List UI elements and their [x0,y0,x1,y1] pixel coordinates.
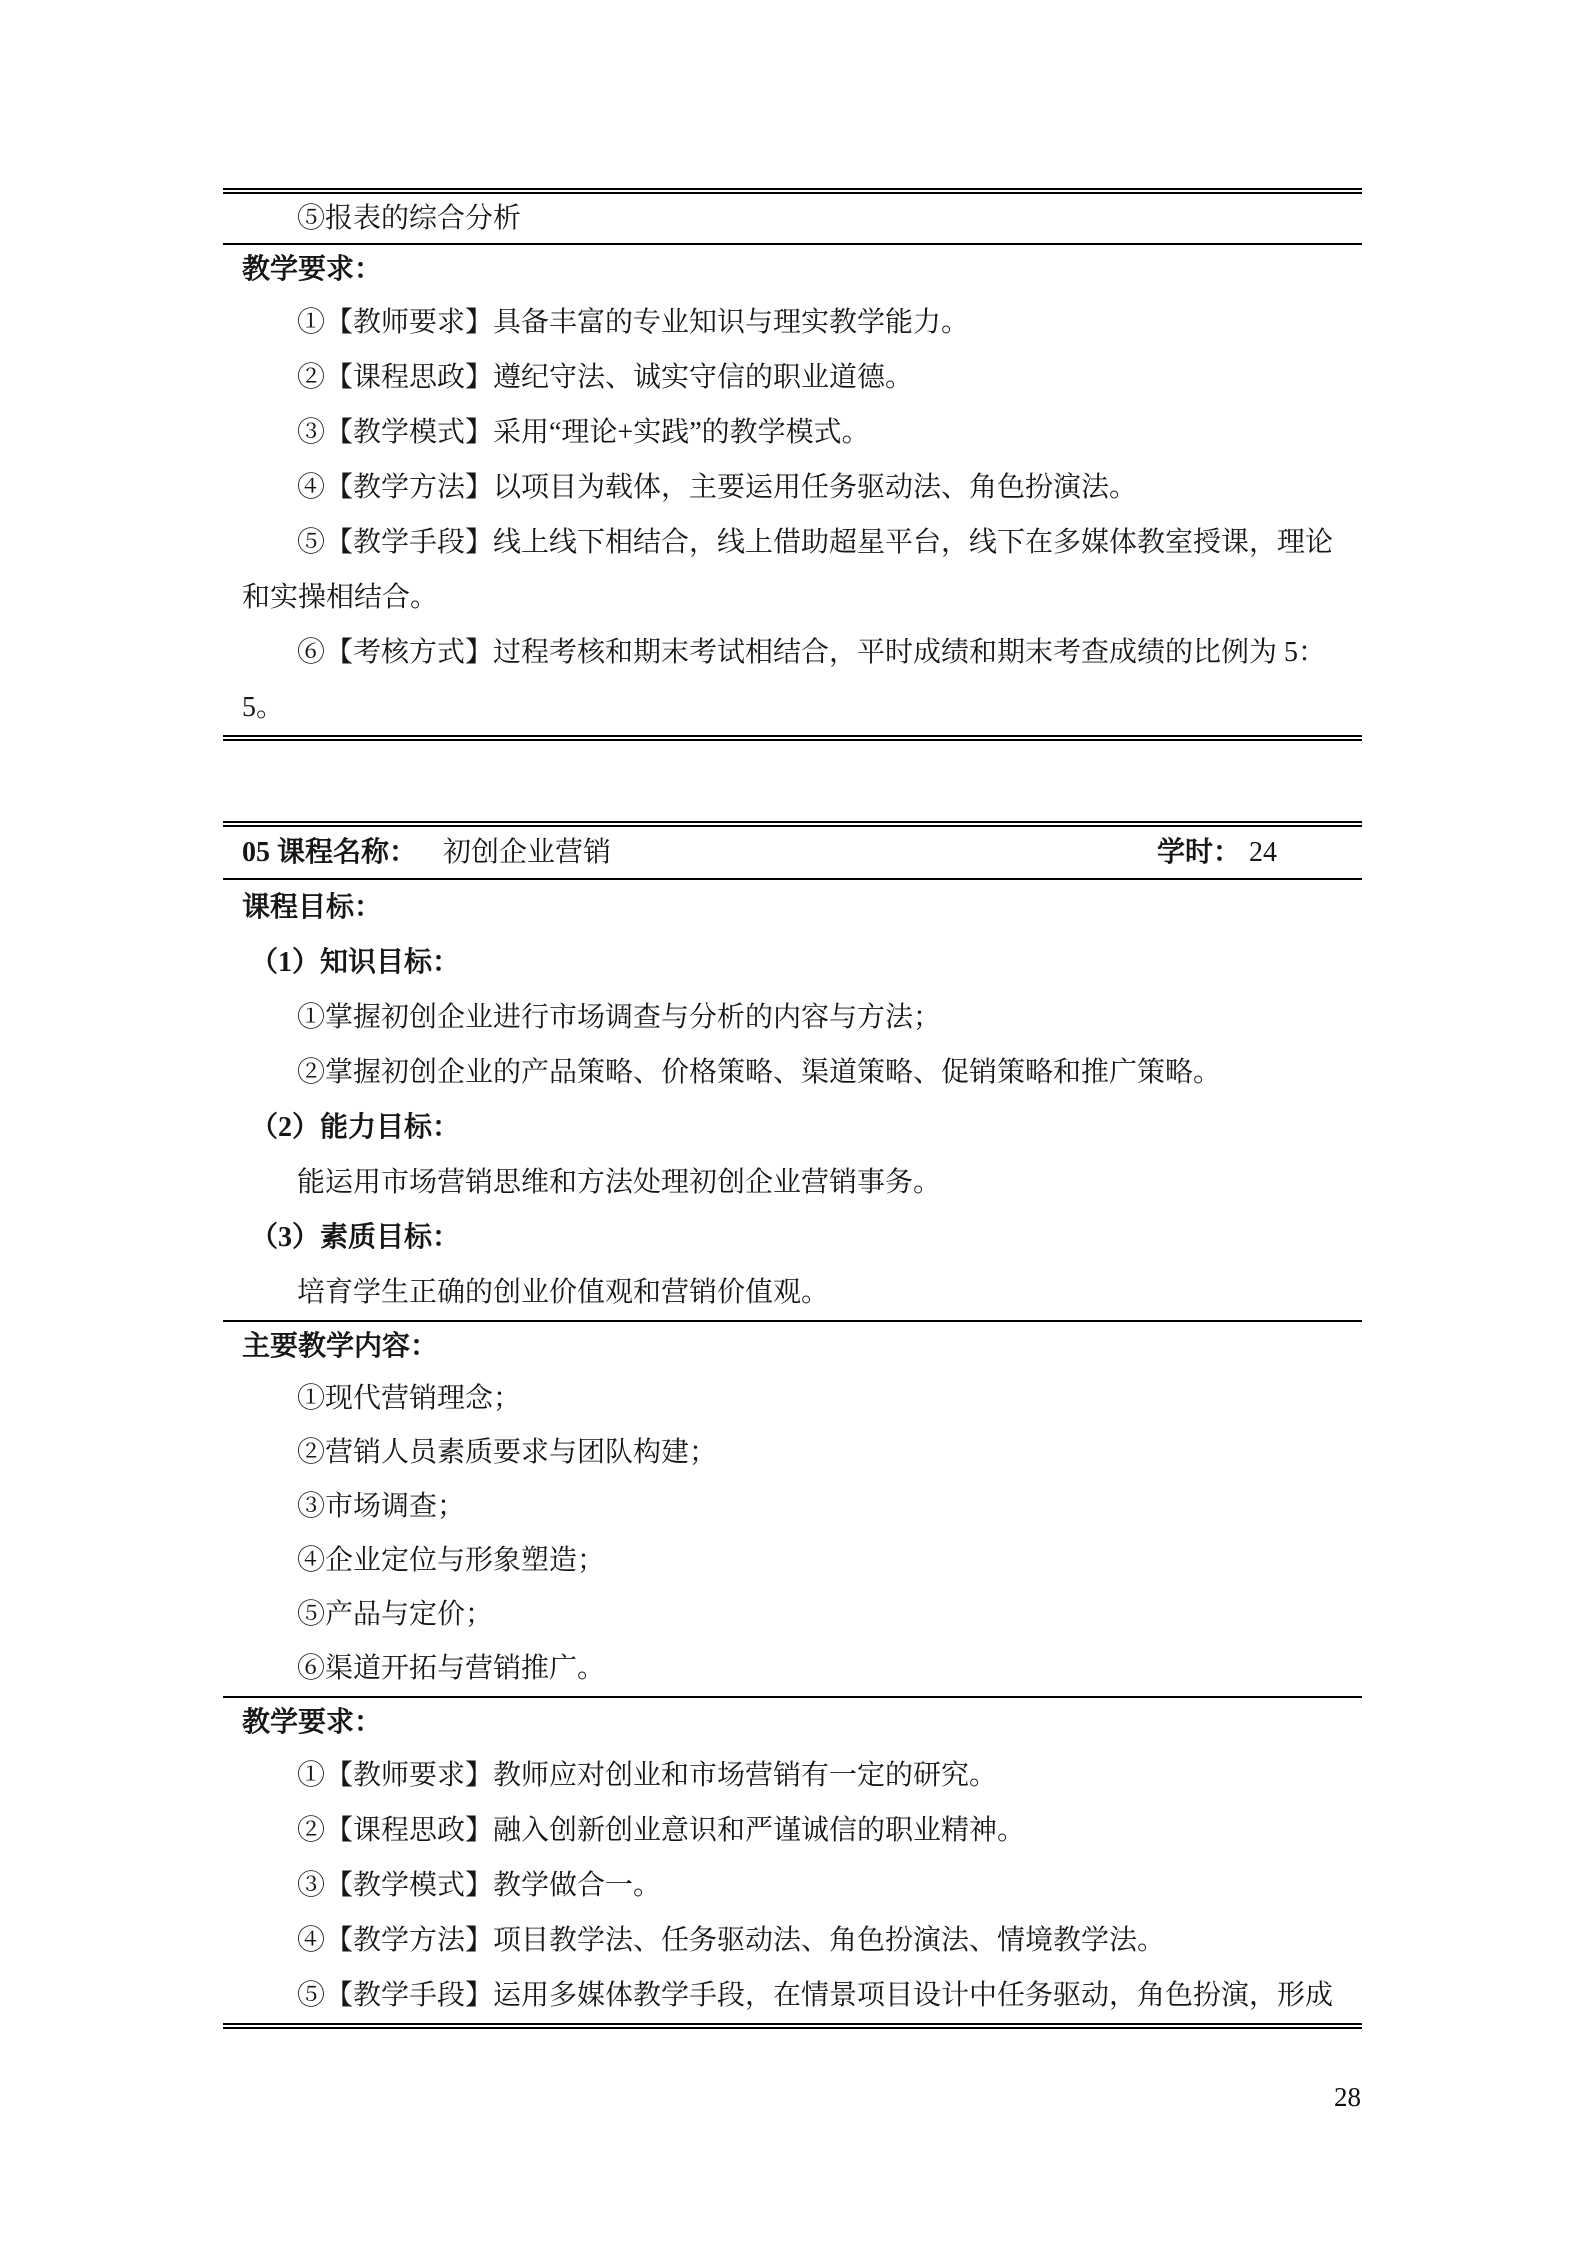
course-number-label: 05 课程名称： [242,837,417,868]
requirement-item: ⑥【考核方式】过程考核和期末考试相结合，平时成绩和期末考查成绩的比例为 5： [223,625,1362,680]
objective-group-heading: （2）能力目标： [223,1100,1362,1155]
table-bottom-double-border [223,2023,1362,2029]
requirement-item: ③【教学模式】采用“理论+实践”的教学模式。 [223,405,1362,460]
document-page: ⑤报表的综合分析 教学要求： ①【教师要求】具备丰富的专业知识与理实教学能力。 … [0,0,1587,2245]
course-title-left: 05 课程名称：初创企业营销 [242,827,611,878]
objective-group-heading: （1）知识目标： [223,935,1362,990]
requirement-item-continuation: 5。 [223,680,1362,735]
content-item: ③市场调查； [223,1480,1362,1534]
course-name: 初创企业营销 [443,837,611,868]
course-hours: 学时：24 [1157,827,1277,878]
content-item: ④企业定位与形象塑造； [223,1534,1362,1588]
objective-group-heading: （3）素质目标： [223,1210,1362,1265]
objective-item: 培育学生正确的创业价值观和营销价值观。 [223,1265,1362,1320]
content-item: ①现代营销理念； [223,1372,1362,1426]
requirements-heading: 教学要求： [223,1698,1362,1748]
requirement-item: ②【课程思政】遵纪守法、诚实守信的职业道德。 [223,350,1362,405]
requirement-item-continuation: 和实操相结合。 [223,570,1362,625]
requirement-item: ④【教学方法】项目教学法、任务驱动法、角色扮演法、情境教学法。 [223,1913,1362,1968]
objectives-heading: 课程目标： [223,880,1362,935]
requirement-item: ④【教学方法】以项目为载体，主要运用任务驱动法、角色扮演法。 [223,460,1362,515]
content-item: ⑤产品与定价； [223,1588,1362,1642]
requirement-item: ①【教师要求】具备丰富的专业知识与理实教学能力。 [223,295,1362,350]
requirements-heading: 教学要求： [223,245,1362,295]
page-number: 28 [1334,2082,1361,2112]
requirement-item: ⑤【教学手段】运用多媒体教学手段，在情景项目设计中任务驱动，角色扮演，形成 [223,1968,1362,2023]
course-05-table: 05 课程名称：初创企业营销 学时：24 课程目标： （1）知识目标： ①掌握初… [223,821,1362,2029]
requirement-item: ⑤【教学手段】线上线下相结合，线上借助超星平台，线下在多媒体教室授课，理论 [223,515,1362,570]
hours-value: 24 [1249,837,1277,868]
content-item: ⑥渠道开拓与营销推广。 [223,1642,1362,1696]
content-item: ②营销人员素质要求与团队构建； [223,1426,1362,1480]
table-bottom-double-border [223,735,1362,741]
requirement-item: ②【课程思政】融入创新创业意识和严谨诚信的职业精神。 [223,1803,1362,1858]
objective-item: 能运用市场营销思维和方法处理初创企业营销事务。 [223,1155,1362,1210]
objective-item: ②掌握初创企业的产品策略、价格策略、渠道策略、促销策略和推广策略。 [223,1045,1362,1100]
course-title-row: 05 课程名称：初创企业营销 学时：24 [223,827,1362,878]
requirement-item: ①【教师要求】教师应对创业和市场营销有一定的研究。 [223,1748,1362,1803]
content-heading: 主要教学内容： [223,1322,1362,1372]
requirement-item: ③【教学模式】教学做合一。 [223,1858,1362,1913]
content-list-item: ⑤报表的综合分析 [223,194,1362,243]
hours-label: 学时： [1157,837,1241,868]
prev-course-table: ⑤报表的综合分析 教学要求： ①【教师要求】具备丰富的专业知识与理实教学能力。 … [223,188,1362,741]
objective-item: ①掌握初创企业进行市场调查与分析的内容与方法； [223,990,1362,1045]
